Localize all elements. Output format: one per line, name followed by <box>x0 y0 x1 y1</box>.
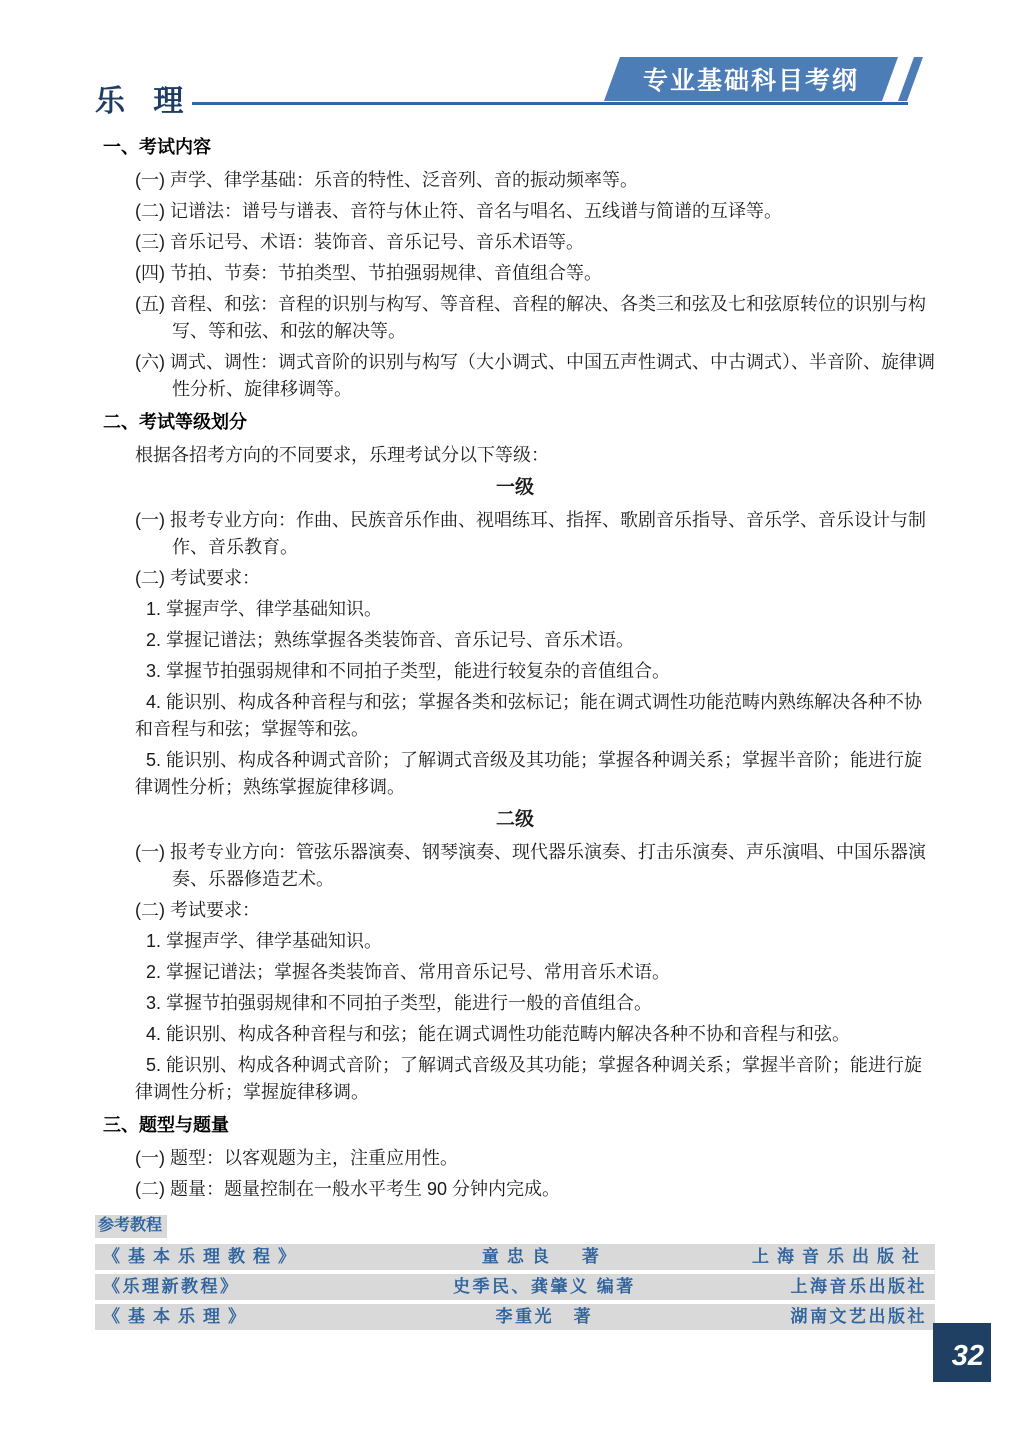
ref-title-cell: 《乐理新教程》 <box>95 1274 414 1300</box>
requirement-item: 1. 掌握声学、律学基础知识。 <box>135 596 935 623</box>
section-2-intro: 根据各招考方向的不同要求，乐理考试分以下等级： <box>135 442 935 469</box>
ref-publisher-cell: 上海音乐出版社 <box>675 1244 935 1270</box>
exam-content-item: (一) 声学、律学基础：乐音的特性、泛音列、音的振动频率等。 <box>172 167 935 194</box>
level-2-requirement-label: (二) 考试要求： <box>172 897 935 924</box>
references-table: 《基本乐理教程》 童忠良 著 上海音乐出版社 《乐理新教程》 史季民、龚肇义 编… <box>95 1240 935 1334</box>
table-row: 《基本乐理教程》 童忠良 著 上海音乐出版社 <box>95 1244 935 1270</box>
page-title: 乐 理 <box>95 76 185 120</box>
section-1-heading: 一、考试内容 <box>103 134 935 161</box>
level-2-title: 二级 <box>95 806 935 833</box>
requirement-item: 4. 能识别、构成各种音程与和弦；掌握各类和弦标记；能在调式调性功能范畴内熟练解… <box>135 689 935 743</box>
ref-title-cell: 《基本乐理》 <box>95 1304 414 1330</box>
requirement-item: 4. 能识别、构成各种音程与和弦；能在调式调性功能范畴内解决各种不协和音程与和弦… <box>135 1021 935 1048</box>
references-label: 参考教程 <box>95 1215 167 1238</box>
question-type-item: (一) 题型：以客观题为主，注重应用性。 <box>172 1145 935 1172</box>
exam-content-item: (三) 音乐记号、术语：装饰音、音乐记号、音乐术语等。 <box>172 229 935 256</box>
table-row: 《基本乐理》 李重光 著 湖南文艺出版社 <box>95 1304 935 1330</box>
ref-title-cell: 《基本乐理教程》 <box>95 1244 414 1270</box>
exam-content-item: (二) 记谱法：谱号与谱表、音符与休止符、音名与唱名、五线谱与简谱的互译等。 <box>172 198 935 225</box>
requirement-item: 5. 能识别、构成各种调式音阶；了解调式音级及其功能；掌握各种调关系；掌握半音阶… <box>135 1052 935 1106</box>
exam-content-item: (六) 调式、调性：调式音阶的识别与构写（大小调式、中国五声性调式、中古调式）、… <box>172 349 935 403</box>
requirement-item: 3. 掌握节拍强弱规律和不同拍子类型，能进行一般的音值组合。 <box>135 990 935 1017</box>
requirement-item: 2. 掌握记谱法；掌握各类装饰音、常用音乐记号、常用音乐术语。 <box>135 959 935 986</box>
level-2-direction: (一) 报考专业方向：管弦乐器演奏、钢琴演奏、现代器乐演奏、打击乐演奏、声乐演唱… <box>172 839 935 893</box>
requirement-item: 5. 能识别、构成各种调式音阶；了解调式音级及其功能；掌握各种调关系；掌握半音阶… <box>135 747 935 801</box>
section-2-heading: 二、考试等级划分 <box>103 409 935 436</box>
document-body: 一、考试内容 (一) 声学、律学基础：乐音的特性、泛音列、音的振动频率等。 (二… <box>95 128 935 1334</box>
exam-content-item: (四) 节拍、节奏：节拍类型、节拍强弱规律、音值组合等。 <box>172 260 935 287</box>
requirement-item: 1. 掌握声学、律学基础知识。 <box>135 928 935 955</box>
requirement-item: 2. 掌握记谱法；熟练掌握各类装饰音、音乐记号、音乐术语。 <box>135 627 935 654</box>
level-1-requirement-label: (二) 考试要求： <box>172 565 935 592</box>
table-row: 《乐理新教程》 史季民、龚肇义 编著 上海音乐出版社 <box>95 1274 935 1300</box>
ref-publisher-cell: 湖南文艺出版社 <box>675 1304 935 1330</box>
requirement-item: 3. 掌握节拍强弱规律和不同拍子类型，能进行较复杂的音值组合。 <box>135 658 935 685</box>
exam-content-item: (五) 音程、和弦：音程的识别与构写、等音程、音程的解决、各类三和弦及七和弦原转… <box>172 291 935 345</box>
banner-stripe <box>898 57 923 101</box>
ref-publisher-cell: 上海音乐出版社 <box>675 1274 935 1300</box>
question-amount-item: (二) 题量：题量控制在一般水平考生 90 分钟内完成。 <box>172 1176 935 1203</box>
exam-outline-banner: 专业基础科目考纲 <box>612 57 890 101</box>
section-3-heading: 三、题型与题量 <box>103 1112 935 1139</box>
page-number-badge: 32 <box>933 1323 991 1382</box>
ref-author-cell: 史季民、龚肇义 编著 <box>414 1274 674 1300</box>
level-1-direction: (一) 报考专业方向：作曲、民族音乐作曲、视唱练耳、指挥、歌剧音乐指导、音乐学、… <box>172 507 935 561</box>
document-page: 乐 理 专业基础科目考纲 一、考试内容 (一) 声学、律学基础：乐音的特性、泛音… <box>0 0 1024 1447</box>
ref-author-cell: 童忠良 著 <box>414 1244 674 1270</box>
title-underline <box>192 102 908 105</box>
level-1-title: 一级 <box>95 474 935 501</box>
ref-author-cell: 李重光 著 <box>414 1304 674 1330</box>
banner-label: 专业基础科目考纲 <box>612 57 890 101</box>
